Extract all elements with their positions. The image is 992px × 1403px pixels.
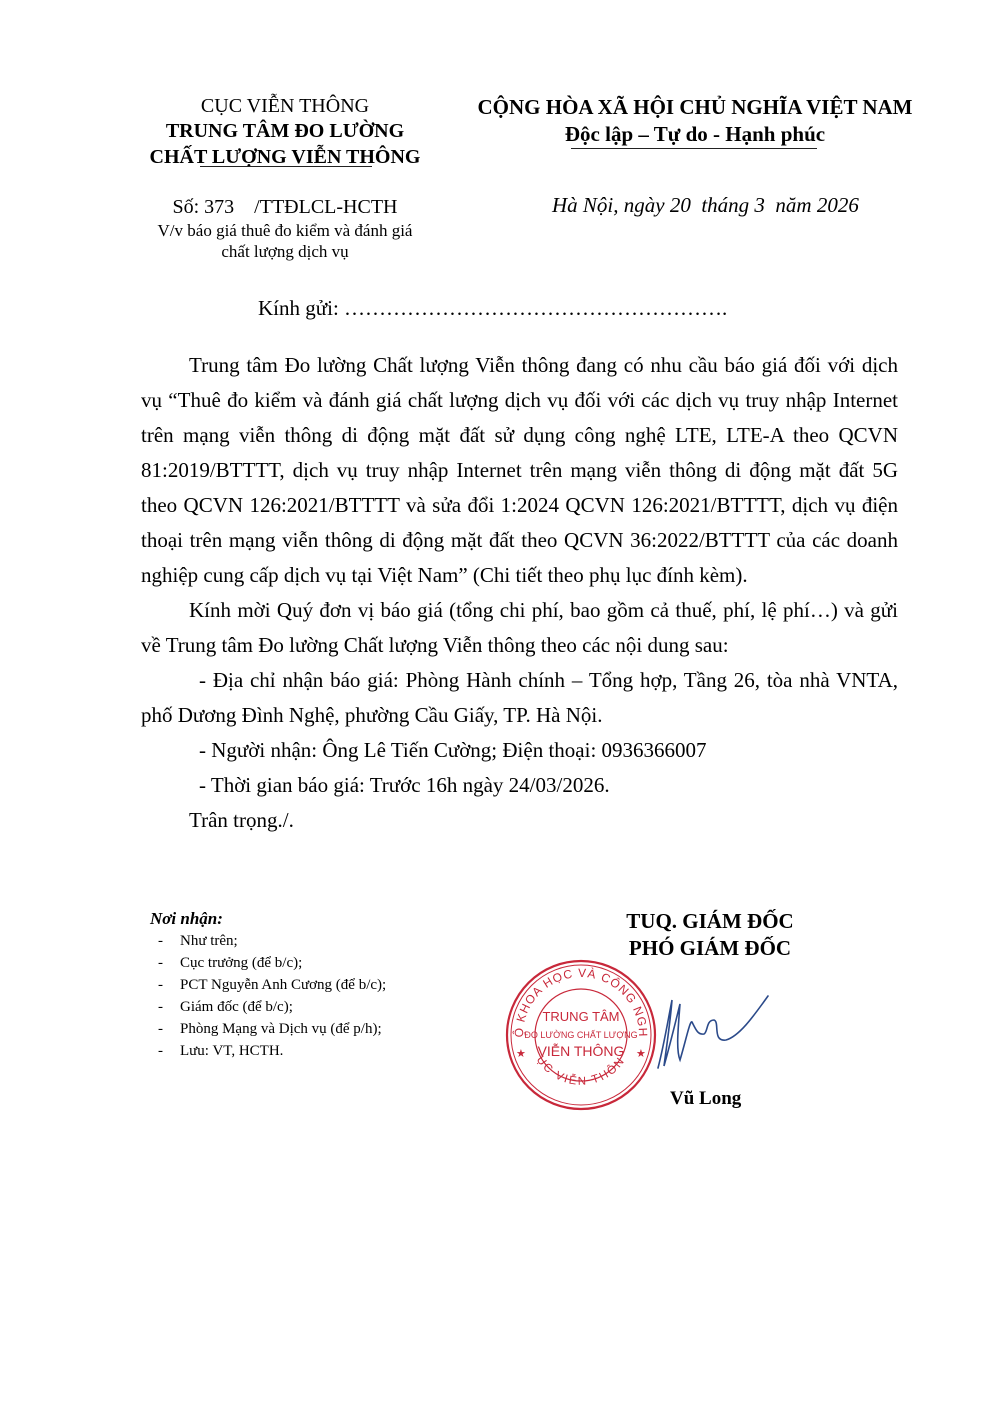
recipient-item: -PCT Nguyễn Anh Cương (để b/c); [150,974,386,996]
svg-text:BỘ KHOA HỌC VÀ CÔNG NGHỆ: BỘ KHOA HỌC VÀ CÔNG NGHỆ [503,957,650,1038]
issuing-organization: CỤC VIỄN THÔNG TRUNG TÂM ĐO LƯỜNG CHẤT L… [130,94,440,170]
svg-text:TRUNG TÂM: TRUNG TÂM [542,1009,619,1024]
svg-text:ĐO LƯỜNG CHẤT LƯỢNG: ĐO LƯỜNG CHẤT LƯỢNG [524,1030,637,1040]
body-paragraph-2: Kính mời Quý đơn vị báo giá (tổng chi ph… [141,593,898,663]
national-header: CỘNG HÒA XÃ HỘI CHỦ NGHĨA VIỆT NAM Độc l… [460,94,930,148]
signature-title-1: TUQ. GIÁM ĐỐC [600,908,820,935]
document-number: Số: 373 /TTĐLCL-HCTH [130,194,440,220]
nation-name: CỘNG HÒA XÃ HỘI CHỦ NGHĨA VIỆT NAM [460,94,930,121]
letter-body: Trung tâm Đo lường Chất lượng Viễn thông… [141,348,898,838]
document-reference: Số: 373 /TTĐLCL-HCTH V/v báo giá thuê đo… [130,194,440,262]
org-name-line1: TRUNG TÂM ĐO LƯỜNG [130,118,440,144]
subject-line1: V/v báo giá thuê đo kiểm và đánh giá [130,220,440,241]
official-stamp-icon: BỘ KHOA HỌC VÀ CÔNG NGHỆ CỤC VIỄN THÔNG … [503,957,659,1118]
national-motto: Độc lập – Tự do - Hạnh phúc [460,121,930,148]
svg-text:★: ★ [636,1048,646,1060]
subject-line2: chất lượng dịch vụ [130,241,440,262]
signature-block: TUQ. GIÁM ĐỐC PHÓ GIÁM ĐỐC [600,908,820,962]
recipient-item: -Phòng Mạng và Dịch vụ (để p/h); [150,1018,386,1040]
quote-deadline: - Thời gian báo giá: Trước 16h ngày 24/0… [141,768,898,803]
quote-address: - Địa chỉ nhận báo giá: Phòng Hành chính… [141,663,898,733]
org-underline [200,166,372,167]
quote-recipient: - Người nhận: Ông Lê Tiến Cường; Điện th… [141,733,898,768]
place-date: Hà Nội, ngày 20 tháng 3 năm 2026 [552,193,859,218]
recipients-title: Nơi nhận: [150,908,386,930]
body-paragraph-1: Trung tâm Đo lường Chất lượng Viễn thông… [141,348,898,593]
recipient-item: -Giám đốc (để b/c); [150,996,386,1018]
svg-text:VIỄN THÔNG: VIỄN THÔNG [538,1043,625,1059]
recipient-item: -Cục trưởng (để b/c); [150,952,386,974]
recipient-item: -Lưu: VT, HCTH. [150,1040,386,1062]
recipients-list: Nơi nhận: -Như trên; -Cục trưởng (để b/c… [150,908,386,1062]
signer-name: Vũ Long [670,1088,741,1110]
recipient-item: -Như trên; [150,930,386,952]
motto-underline [571,148,817,149]
handwritten-signature-icon [650,990,780,1075]
agency-name: CỤC VIỄN THÔNG [130,94,440,118]
salutation: Kính gửi: ………………………………………………. [258,296,727,321]
closing: Trân trọng./. [141,803,898,838]
svg-text:★: ★ [516,1048,526,1060]
